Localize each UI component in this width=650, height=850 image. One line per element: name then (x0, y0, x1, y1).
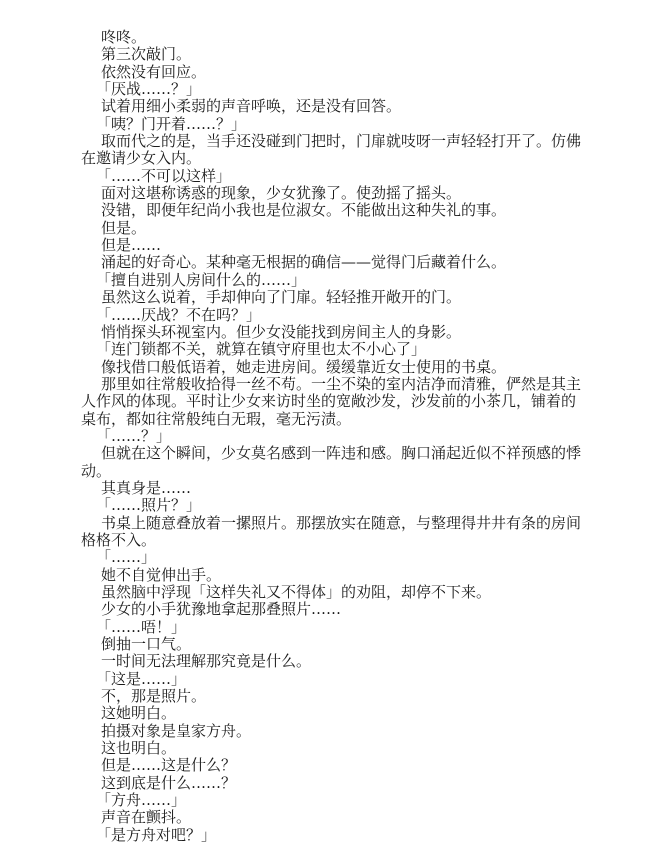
dialogue-line: 「……不可以这样」 (81, 168, 581, 185)
dialogue-line: 「……？」 (81, 428, 581, 445)
paragraph: 书桌上随意叠放着一摞照片。那摆放实在随意，与整理得井井有条的房间格格不入。 (81, 515, 581, 550)
paragraph: 但就在这个瞬间，少女莫名感到一阵违和感。胸口涌起近似不祥预感的悸动。 (81, 445, 581, 480)
dialogue-line: 「……唔！」 (81, 619, 581, 636)
paragraph: 倒抽一口气。 (81, 636, 581, 653)
dialogue-line: 「咦？门开着……？」 (81, 116, 581, 133)
paragraph: 不，那是照片。 (81, 688, 581, 705)
paragraph: 但是。 (81, 220, 581, 237)
paragraph: 声音在颤抖。 (81, 809, 581, 826)
paragraph: 这到底是什么……？ (81, 775, 581, 792)
paragraph: 依然没有回应。 (81, 64, 581, 81)
paragraph: 其真身是…… (81, 480, 581, 497)
dialogue-line: 「连门锁都不关，就算在镇守府里也太不小心了」 (81, 341, 581, 358)
paragraph: 但是……这是什么？ (81, 757, 581, 774)
paragraph: 面对这堪称诱惑的现象，少女犹豫了。使劲摇了摇头。 (81, 185, 581, 202)
dialogue-line: 「……」 (81, 549, 581, 566)
dialogue-line: 「方舟……」 (81, 792, 581, 809)
paragraph: 这她明白。 (81, 705, 581, 722)
dialogue-line: 「……照片？」 (81, 497, 581, 514)
paragraph: 虽然这么说着，手却伸向了门扉。轻轻推开敞开的门。 (81, 289, 581, 306)
paragraph: 一时间无法理解那究竟是什么。 (81, 653, 581, 670)
dialogue-line: 「这是……」 (81, 671, 581, 688)
paragraph: 像找借口般低语着，她走进房间。缓缓靠近女士使用的书桌。 (81, 359, 581, 376)
document-page: 咚咚。 第三次敲门。 依然没有回应。 「厌战……？」 试着用细小柔弱的声音呼唤，… (81, 29, 581, 844)
dialogue-line: 「是方舟对吧？」 (81, 827, 581, 844)
dialogue-line: 「擅自进别人房间什么的……」 (81, 272, 581, 289)
paragraph: 没错，即便年纪尚小我也是位淑女。不能做出这种失礼的事。 (81, 202, 581, 219)
paragraph: 但是…… (81, 237, 581, 254)
paragraph: 那里如往常般收拾得一丝不苟。一尘不染的室内洁净而清雅，俨然是其主人作风的体现。平… (81, 376, 581, 428)
paragraph: 少女的小手犹豫地拿起那叠照片…… (81, 601, 581, 618)
paragraph: 试着用细小柔弱的声音呼唤，还是没有回答。 (81, 98, 581, 115)
paragraph: 悄悄探头环视室内。但少女没能找到房间主人的身影。 (81, 324, 581, 341)
paragraph: 咚咚。 (81, 29, 581, 46)
dialogue-line: 「厌战……？」 (81, 81, 581, 98)
paragraph: 虽然脑中浮现「这样失礼又不得体」的劝阻，却停不下来。 (81, 584, 581, 601)
paragraph: 涌起的好奇心。某种毫无根据的确信——觉得门后藏着什么。 (81, 254, 581, 271)
paragraph: 拍摄对象是皇家方舟。 (81, 723, 581, 740)
paragraph: 这也明白。 (81, 740, 581, 757)
paragraph: 取而代之的是，当手还没碰到门把时，门扉就吱呀一声轻轻打开了。仿佛在邀请少女入内。 (81, 133, 581, 168)
dialogue-line: 「……厌战？不在吗？」 (81, 307, 581, 324)
paragraph: 第三次敲门。 (81, 46, 581, 63)
paragraph: 她不自觉伸出手。 (81, 567, 581, 584)
